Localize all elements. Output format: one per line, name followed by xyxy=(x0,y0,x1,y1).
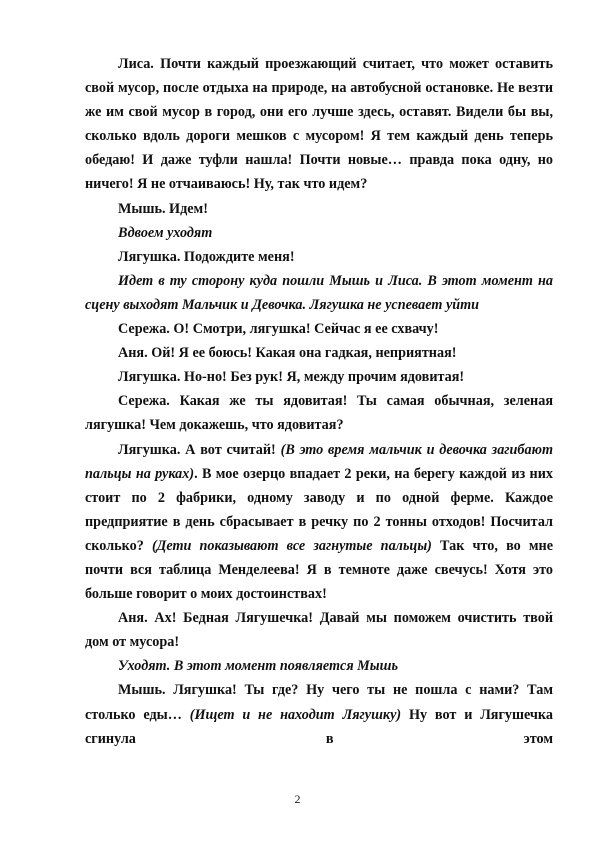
paragraph-mouse: Мышь. Идем! xyxy=(85,197,553,221)
speaker-name: Сережа. xyxy=(118,321,170,337)
paragraph-frog-count: Лягушка. А вот считай! (В это время маль… xyxy=(85,438,553,607)
stage-direction-text: Вдвоем уходят xyxy=(118,225,212,241)
stage-direction: Уходят. В этот момент появляется Мышь xyxy=(85,654,553,678)
paragraph-frog: Лягушка. Но-но! Без рук! Я, между прочим… xyxy=(85,365,553,389)
dialogue-text: Почти каждый проезжающий считает, что мо… xyxy=(85,56,553,192)
dialogue-text: О! Смотри, лягушка! Сейчас я ее схвачу! xyxy=(170,321,439,337)
speaker-name: Лягушка. xyxy=(118,442,180,458)
stage-direction-text: Идет в ту сторону куда пошли Мышь и Лиса… xyxy=(85,273,553,313)
inline-stage-direction: (Ищет и не находит Лягушку) xyxy=(190,707,401,723)
paragraph-seryozha: Сережа. Какая же ты ядовитая! Ты самая о… xyxy=(85,389,553,437)
speaker-name: Мышь. xyxy=(118,682,166,698)
speaker-name: Лиса. xyxy=(118,56,154,72)
speaker-name: Аня. xyxy=(118,610,148,626)
paragraph-anya: Аня. Ой! Я ее боюсь! Какая она гадкая, н… xyxy=(85,341,553,365)
stage-direction: Вдвоем уходят xyxy=(85,221,553,245)
speaker-name: Сережа. xyxy=(118,393,170,409)
document-page: Лиса. Почти каждый проезжающий считает, … xyxy=(85,52,553,751)
paragraph-mouse-search: Мышь. Лягушка! Ты где? Ну чего ты не пош… xyxy=(85,678,553,750)
paragraph-fox: Лиса. Почти каждый проезжающий считает, … xyxy=(85,52,553,197)
dialogue-text: Подождите меня! xyxy=(180,249,294,265)
page-number: 2 xyxy=(0,792,595,807)
stage-direction: Идет в ту сторону куда пошли Мышь и Лиса… xyxy=(85,269,553,317)
speaker-name: Лягушка. xyxy=(118,249,180,265)
stage-direction-text: Уходят. В этот момент появляется Мышь xyxy=(118,658,398,674)
speaker-name: Лягушка. xyxy=(118,369,180,385)
speaker-name: Мышь. xyxy=(118,201,166,217)
inline-stage-direction: (Дети показывают все загнутые пальцы) xyxy=(152,538,432,554)
paragraph-frog: Лягушка. Подождите меня! xyxy=(85,245,553,269)
dialogue-text: Ой! Я ее боюсь! Какая она гадкая, неприя… xyxy=(148,345,457,361)
dialogue-text: А вот считай! xyxy=(180,442,280,458)
paragraph-seryozha: Сережа. О! Смотри, лягушка! Сейчас я ее … xyxy=(85,317,553,341)
paragraph-anya: Аня. Ах! Бедная Лягушечка! Давай мы помо… xyxy=(85,606,553,654)
dialogue-text: Но-но! Без рук! Я, между прочим ядовитая… xyxy=(180,369,464,385)
dialogue-text: Ах! Бедная Лягушечка! Давай мы поможем о… xyxy=(85,610,553,650)
speaker-name: Аня. xyxy=(118,345,148,361)
dialogue-text: Идем! xyxy=(166,201,208,217)
